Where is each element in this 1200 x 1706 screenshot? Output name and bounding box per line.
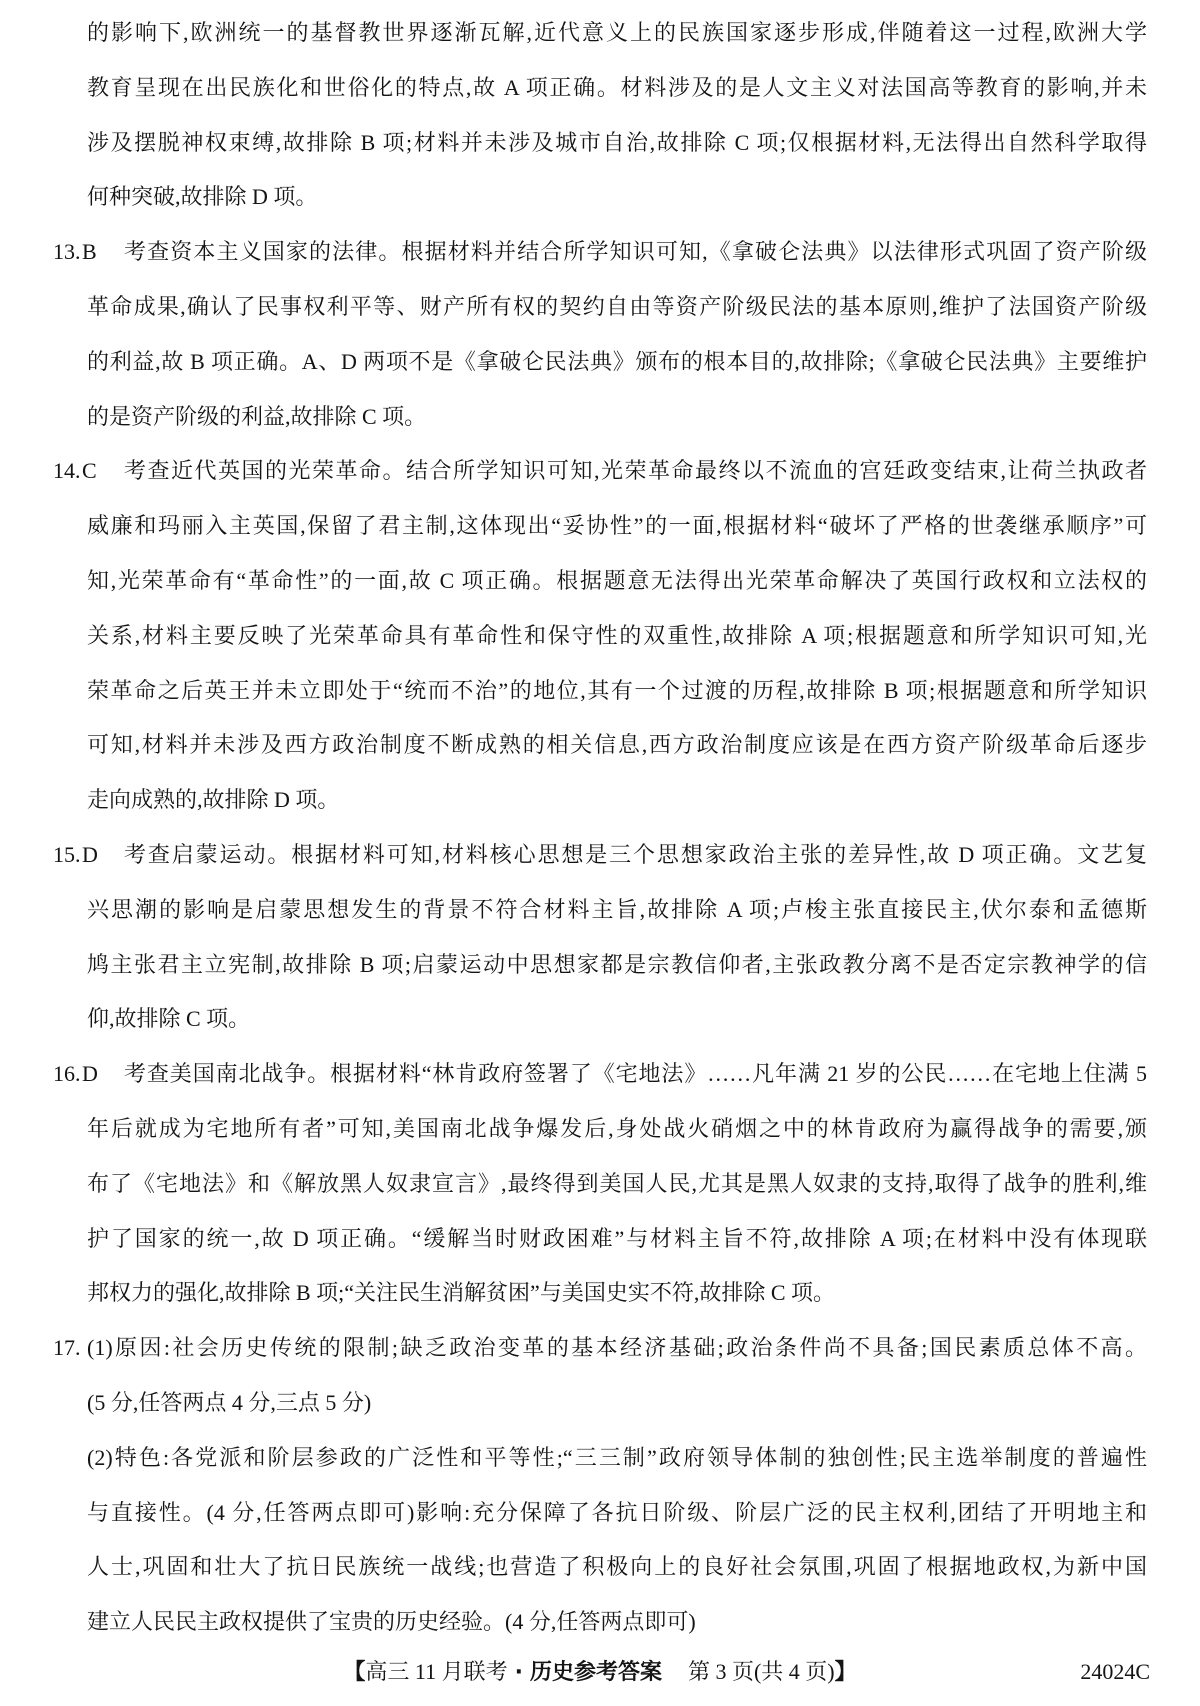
answer-key-body: 的影响下,欧洲统一的基督教世界逐渐瓦解,近代意义上的民族国家逐步形成,伴随着这一… xyxy=(87,6,1147,1650)
text-line: 建立人民民主政权提供了宝贵的历史经验。(4 分,任答两点即可) xyxy=(87,1595,1147,1650)
text-line: 考查资本主义国家的法律。根据材料并结合所学知识可知,《拿破仑法典》以法律形式巩固… xyxy=(124,239,1147,264)
text-line: 年后就成为宅地所有者”可知,美国南北战争爆发后,身处战火硝烟之中的林肯政府为赢得… xyxy=(87,1102,1147,1157)
text-line: 与直接性。(4 分,任答两点即可)影响:充分保障了各抗日阶级、阶层广泛的民主权利… xyxy=(87,1486,1147,1541)
text-line: 荣革命之后英王并未立即处于“统而不治”的地位,其有一个过渡的历程,故排除 B 项… xyxy=(87,664,1147,719)
item-first-line: 14. C 考查近代英国的光荣革命。结合所学知识可知,光荣革命最终以不流血的宫廷… xyxy=(87,444,1147,499)
text-line: 仰,故排除 C 项。 xyxy=(87,992,1147,1047)
text-line: 走向成熟的,故排除 D 项。 xyxy=(87,773,1147,828)
document-code: 24024C xyxy=(1080,1645,1150,1700)
item-number: 13. xyxy=(53,225,81,280)
text-line: 涉及摆脱神权束缚,故排除 B 项;材料并未涉及城市自治,故排除 C 项;仅根据材… xyxy=(87,116,1147,171)
text-line: 的利益,故 B 项正确。A、D 两项不是《拿破仑民法典》颁布的根本目的,故排除;… xyxy=(87,335,1147,390)
text-line: 何种突破,故排除 D 项。 xyxy=(87,170,1147,225)
footer-page-number: 第 3 页(共 4 页) xyxy=(688,1659,835,1684)
item-number: 15. xyxy=(53,828,81,883)
text-line: 的影响下,欧洲统一的基督教世界逐渐瓦解,近代意义上的民族国家逐步形成,伴随着这一… xyxy=(87,6,1147,61)
text-line: 革命成果,确认了民事权利平等、财产所有权的契约自由等资产阶级民法的基本原则,维护… xyxy=(87,280,1147,335)
text-line: 兴思潮的影响是启蒙思想发生的背景不符合材料主旨,故排除 A 项;卢梭主张直接民主… xyxy=(87,883,1147,938)
text-line: 威廉和玛丽入主英国,保留了君主制,这体现出“妥协性”的一面,根据材料“破坏了严格… xyxy=(87,499,1147,554)
item-number: 14. xyxy=(53,444,81,499)
item-first-line: 16. D 考查美国南北战争。根据材料“林肯政府签署了《宅地法》……凡年满 21… xyxy=(87,1047,1147,1102)
item-number: 16. xyxy=(53,1047,81,1102)
text-line: 鸠主张君主立宪制,故排除 B 项;启蒙运动中思想家都是宗教信仰者,主张政教分离不… xyxy=(87,938,1147,993)
answer-item-13: 13. B 考查资本主义国家的法律。根据材料并结合所学知识可知,《拿破仑法典》以… xyxy=(87,225,1147,444)
answer-item-16: 16. D 考查美国南北战争。根据材料“林肯政府签署了《宅地法》……凡年满 21… xyxy=(87,1047,1147,1321)
text-line: 考查启蒙运动。根据材料可知,材料核心思想是三个思想家政治主张的差异性,故 D 项… xyxy=(124,842,1147,867)
footer-separator: · xyxy=(515,1660,523,1685)
answer-letter: C xyxy=(82,444,97,499)
text-line: 知,光荣革命有“革命性”的一面,故 C 项正确。根据题意无法得出光荣革命解决了英… xyxy=(87,554,1147,609)
text-line: (1)原因:社会历史传统的限制;缺乏政治变革的基本经济基础;政治条件尚不具备;国… xyxy=(87,1335,1147,1360)
item-first-line: 15. D 考查启蒙运动。根据材料可知,材料核心思想是三个思想家政治主张的差异性… xyxy=(87,828,1147,883)
text-line: 考查美国南北战争。根据材料“林肯政府签署了《宅地法》……凡年满 21 岁的公民…… xyxy=(124,1061,1147,1086)
text-line: 的是资产阶级的利益,故排除 C 项。 xyxy=(87,390,1147,445)
answer-letter: D xyxy=(82,828,98,883)
text-line: 教育呈现在出民族化和世俗化的特点,故 A 项正确。材料涉及的是人文主义对法国高等… xyxy=(87,61,1147,116)
footer-exam-name: 高三 11 月联考 xyxy=(365,1659,507,1684)
text-line: 人士,巩固和壮大了抗日民族统一战线;也营造了积极向上的良好社会氛围,巩固了根据地… xyxy=(87,1540,1147,1595)
answer-item-12-continued: 的影响下,欧洲统一的基督教世界逐渐瓦解,近代意义上的民族国家逐步形成,伴随着这一… xyxy=(87,6,1147,225)
item-number: 17. xyxy=(53,1321,81,1376)
item-first-line: 17. (1)原因:社会历史传统的限制;缺乏政治变革的基本经济基础;政治条件尚不… xyxy=(87,1321,1147,1376)
answer-item-15: 15. D 考查启蒙运动。根据材料可知,材料核心思想是三个思想家政治主张的差异性… xyxy=(87,828,1147,1047)
item-first-line: 13. B 考查资本主义国家的法律。根据材料并结合所学知识可知,《拿破仑法典》以… xyxy=(87,225,1147,280)
footer-close-bracket: 】 xyxy=(835,1659,857,1684)
answer-item-17: 17. (1)原因:社会历史传统的限制;缺乏政治变革的基本经济基础;政治条件尚不… xyxy=(87,1321,1147,1650)
text-line: 关系,材料主要反映了光荣革命具有革命性和保守性的双重性,故排除 A 项;根据题意… xyxy=(87,609,1147,664)
text-line: 护了国家的统一,故 D 项正确。“缓解当时财政困难”与材料主旨不符,故排除 A … xyxy=(87,1212,1147,1267)
footer-subject: 历史参考答案 xyxy=(530,1660,662,1685)
text-line: 邦权力的强化,故排除 B 项;“关注民生消解贫困”与美国史实不符,故排除 C 项… xyxy=(87,1266,1147,1321)
answer-item-14: 14. C 考查近代英国的光荣革命。结合所学知识可知,光荣革命最终以不流血的宫廷… xyxy=(87,444,1147,828)
footer-open-bracket: 【 xyxy=(343,1659,365,1684)
score-note: (5 分,任答两点 4 分,三点 5 分) xyxy=(87,1376,1147,1431)
text-line: 考查近代英国的光荣革命。结合所学知识可知,光荣革命最终以不流血的宫廷政变结束,让… xyxy=(124,458,1147,483)
text-line: 布了《宅地法》和《解放黑人奴隶宣言》,最终得到美国人民,尤其是黑人奴隶的支持,取… xyxy=(87,1157,1147,1212)
text-line: 可知,材料并未涉及西方政治制度不断成熟的相关信息,西方政治制度应该是在西方资产阶… xyxy=(87,718,1147,773)
page-footer: 【高三 11 月联考·历史参考答案第 3 页(共 4 页)】 xyxy=(0,1645,1200,1700)
text-line: (2)特色:各党派和阶层参政的广泛性和平等性;“三三制”政府领导体制的独创性;民… xyxy=(87,1431,1147,1486)
answer-letter: B xyxy=(82,225,97,280)
answer-letter: D xyxy=(82,1047,98,1102)
